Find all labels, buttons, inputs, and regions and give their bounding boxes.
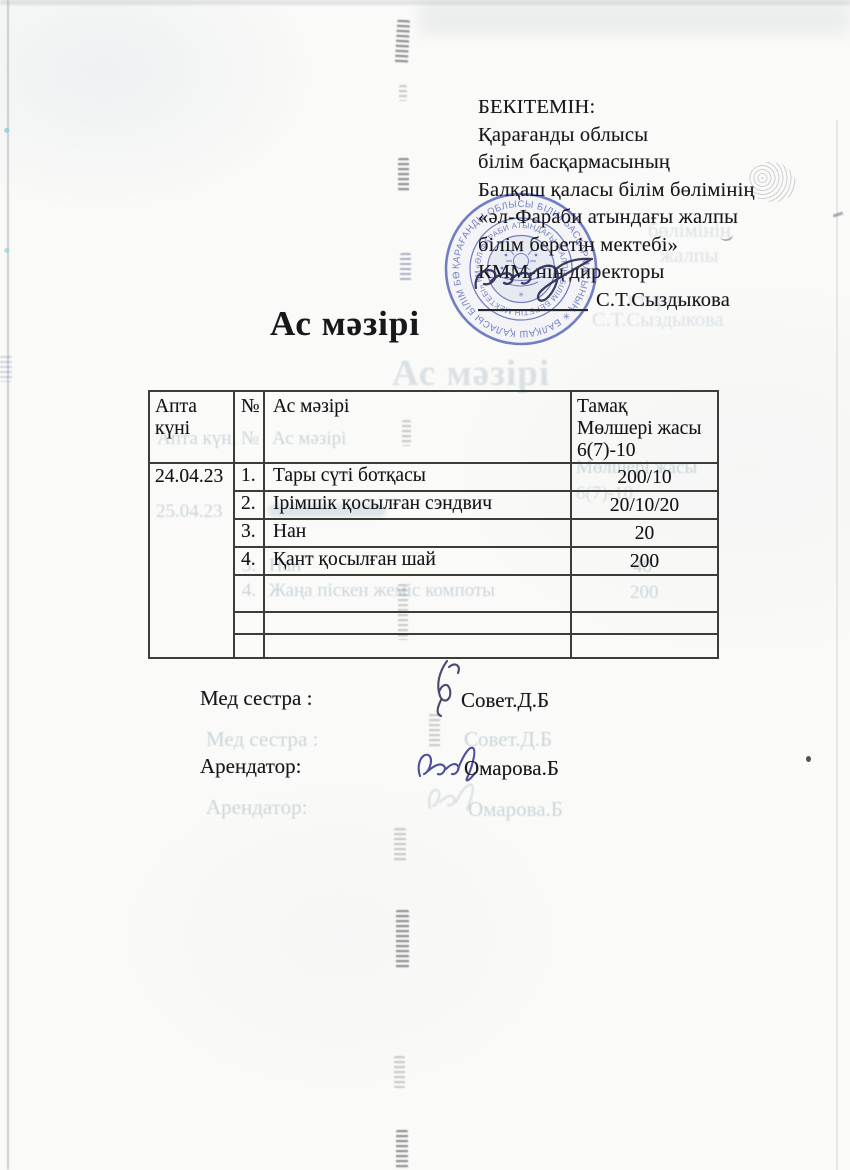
ghost-title: Ас мәзірі	[392, 352, 550, 395]
row-amount: 20/10/20	[571, 491, 718, 519]
row-item: Нан	[264, 519, 571, 547]
tenant-role-label: Арендатор:	[200, 754, 301, 779]
row-amount: 200	[571, 547, 718, 575]
approval-line: «әл-Фараби атындағы жалпы	[478, 204, 755, 232]
ink-speckle	[748, 162, 796, 202]
approval-line: Балқаш қаласы білім бөлімінің	[478, 177, 755, 205]
signature-underline	[478, 309, 588, 311]
table-empty-row	[149, 612, 718, 634]
fold-smudge	[394, 828, 406, 862]
table-header-row: Апта күні № Ас мәзірі Тамақ Мөлшері жасы…	[149, 391, 718, 463]
fold-smudge	[396, 1130, 408, 1170]
fold-smudge	[394, 1056, 405, 1088]
table-row: 2. Ірімшік қосылған сэндвич 20/10/20	[149, 491, 718, 519]
row-item: Қант қосылған шай	[264, 547, 571, 575]
scan-edge-left	[7, 0, 9, 1170]
approval-line: білім басқармасының	[478, 149, 755, 177]
page-title: Ас мәзірі	[270, 304, 420, 344]
row-num: 2.	[234, 491, 264, 519]
header-day: Апта күні	[149, 391, 234, 463]
table-empty-row	[149, 575, 718, 612]
header-amount-line: Тамақ	[577, 396, 712, 418]
row-num: 4.	[234, 547, 264, 575]
edge-dot	[4, 248, 9, 253]
row-amount: 200/10	[571, 463, 718, 491]
table-row: 24.04.23 1. Тары сүті ботқасы 200/10	[149, 463, 718, 491]
fold-smudge	[402, 420, 411, 446]
nurse-role-label: Мед сестра :	[200, 686, 312, 711]
row-item: Тары сүті ботқасы	[264, 463, 571, 491]
table-empty-row	[149, 634, 718, 658]
scan-top-wash	[420, 0, 850, 34]
scan-edge-right	[836, 120, 838, 1170]
row-amount: 20	[571, 519, 718, 547]
stray-mark	[833, 212, 843, 218]
table-row: 3. Нан 20	[149, 519, 718, 547]
fold-smudge	[399, 85, 407, 101]
fold-smudge	[398, 584, 408, 640]
fold-smudge	[400, 253, 411, 283]
row-num: 1.	[234, 463, 264, 491]
fold-smudge	[395, 20, 410, 65]
row-num: 3.	[234, 519, 264, 547]
table-row: 4. Қант қосылған шай 200	[149, 547, 718, 575]
header-menu: Ас мәзірі	[264, 391, 571, 463]
fold-smudge	[396, 910, 409, 968]
header-amount-line: Мөлшері жасы	[577, 418, 712, 440]
director-signature-ink	[468, 248, 603, 306]
fold-smudge	[429, 714, 440, 748]
header-amount: Тамақ Мөлшері жасы 6(7)-10	[571, 391, 718, 463]
approval-line: Қарағанды облысы	[478, 122, 755, 150]
date-cell: 24.04.23	[149, 463, 234, 657]
ghost-signature-role: Мед сестра :	[206, 727, 318, 752]
edge-mark	[0, 356, 12, 382]
header-num: №	[234, 391, 264, 463]
director-name: С.Т.Сыздыкова	[596, 287, 730, 315]
tenant-name: Омарова.Б	[464, 756, 559, 781]
edge-dot	[4, 128, 9, 133]
row-item: Ірімшік қосылған сэндвич	[264, 491, 571, 519]
approval-line: БЕКІТЕМІН:	[478, 94, 755, 122]
nurse-name: Совет.Д.Б	[461, 688, 549, 713]
header-amount-line: 6(7)-10	[577, 440, 712, 462]
menu-table: Апта күні № Ас мәзірі Тамақ Мөлшері жасы…	[148, 390, 719, 659]
ink-dot	[806, 756, 811, 762]
menu-table-grid: Апта күні № Ас мәзірі Тамақ Мөлшері жасы…	[148, 390, 719, 659]
fold-smudge	[398, 158, 409, 192]
ghost-signature-role: Арендатор:	[206, 795, 307, 820]
scanned-document-page: Ас мәзірі бөлімінің жалпы кторы С.Т.Сызд…	[0, 0, 850, 1170]
